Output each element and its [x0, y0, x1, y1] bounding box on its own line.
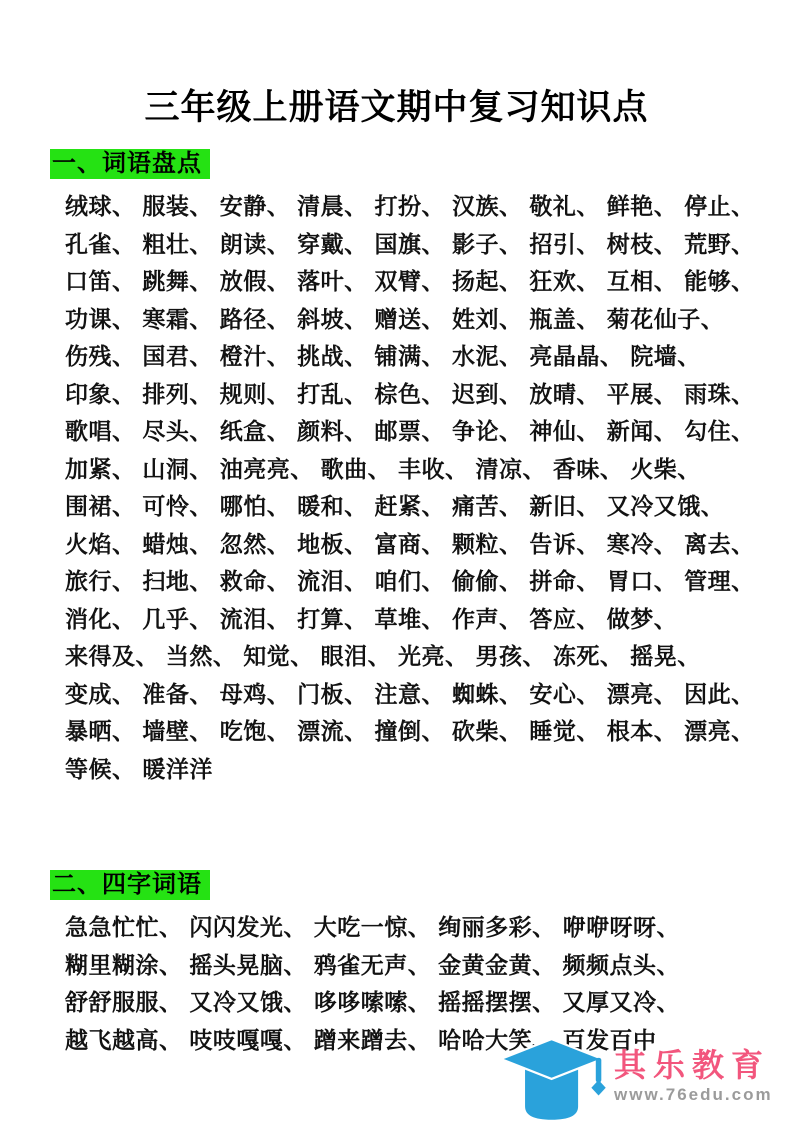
section-word-inventory: 一、词语盘点 绒球、 服装、 安静、 清晨、 打扮、 汉族、 敬礼、 鲜艳、 停…	[50, 149, 763, 788]
word-list-line: 暴晒、 墙壁、 吃饱、 漂流、 撞倒、 砍柴、 睡觉、 根本、 漂亮、	[65, 713, 763, 751]
word-list-line: 歌唱、 尽头、 纸盒、 颜料、 邮票、 争论、 神仙、 新闻、 勾住、	[65, 413, 763, 451]
word-list-line: 孔雀、 粗壮、 朗读、 穿戴、 国旗、 影子、 招引、 树枝、 荒野、	[65, 226, 763, 264]
word-list-line: 舒舒服服、 又冷又饿、 哆哆嗦嗦、 摇摇摆摆、 又厚又冷、	[65, 984, 763, 1022]
word-list-line: 来得及、 当然、 知觉、 眼泪、 光亮、 男孩、 冻死、 摇晃、	[65, 638, 763, 676]
section-1-word-list: 绒球、 服装、 安静、 清晨、 打扮、 汉族、 敬礼、 鲜艳、 停止、 孔雀、 …	[65, 188, 763, 788]
section-four-char-words: 二、四字词语 急急忙忙、 闪闪发光、 大吃一惊、 绚丽多彩、 咿咿呀呀、 糊里糊…	[50, 870, 763, 1059]
word-list-line: 功课、 寒霜、 路径、 斜坡、 赠送、 姓刘、 瓶盖、 菊花仙子、	[65, 301, 763, 339]
word-list-line: 印象、 排列、 规则、 打乱、 棕色、 迟到、 放晴、 平展、 雨珠、	[65, 376, 763, 414]
word-list-line: 急急忙忙、 闪闪发光、 大吃一惊、 绚丽多彩、 咿咿呀呀、	[65, 909, 763, 947]
word-list-line: 变成、 准备、 母鸡、 门板、 注意、 蜘蛛、 安心、 漂亮、 因此、	[65, 676, 763, 714]
word-list-line: 口笛、 跳舞、 放假、 落叶、 双臂、 扬起、 狂欢、 互相、 能够、	[65, 263, 763, 301]
watermark-text: 其乐教育 www.76edu.com	[614, 1048, 773, 1105]
section-2-word-list: 急急忙忙、 闪闪发光、 大吃一惊、 绚丽多彩、 咿咿呀呀、 糊里糊涂、 摇头晃脑…	[65, 909, 763, 1059]
word-list-line: 糊里糊涂、 摇头晃脑、 鸦雀无声、 金黄金黄、 频频点头、	[65, 947, 763, 985]
site-watermark: 其乐教育 www.76edu.com	[500, 1038, 793, 1122]
word-list-line: 围裙、 可怜、 哪怕、 暖和、 赶紧、 痛苦、 新旧、 又冷又饿、	[65, 488, 763, 526]
word-list-line: 绒球、 服装、 安静、 清晨、 打扮、 汉族、 敬礼、 鲜艳、 停止、	[65, 188, 763, 226]
watermark-url: www.76edu.com	[614, 1085, 773, 1105]
document-page: 三年级上册语文期中复习知识点 一、词语盘点 绒球、 服装、 安静、 清晨、 打扮…	[0, 0, 793, 1122]
word-list-line: 等候、 暖洋洋	[65, 751, 763, 789]
word-list-line: 伤残、 国君、 橙汁、 挑战、 铺满、 水泥、 亮晶晶、 院墙、	[65, 338, 763, 376]
watermark-brand: 其乐教育	[614, 1048, 773, 1082]
word-list-line: 消化、 几乎、 流泪、 打算、 草堆、 作声、 答应、 做梦、	[65, 601, 763, 639]
word-list-line: 旅行、 扫地、 救命、 流泪、 咱们、 偷偷、 拼命、 胃口、 管理、	[65, 563, 763, 601]
page-title: 三年级上册语文期中复习知识点	[0, 80, 793, 130]
section-2-heading: 二、四字词语	[50, 870, 210, 900]
graduation-cap-icon	[500, 1038, 612, 1122]
section-1-heading: 一、词语盘点	[50, 149, 210, 179]
word-list-line: 火焰、 蜡烛、 忽然、 地板、 富商、 颗粒、 告诉、 寒冷、 离去、	[65, 526, 763, 564]
word-list-line: 加紧、 山洞、 油亮亮、 歌曲、 丰收、 清凉、 香味、 火柴、	[65, 451, 763, 489]
